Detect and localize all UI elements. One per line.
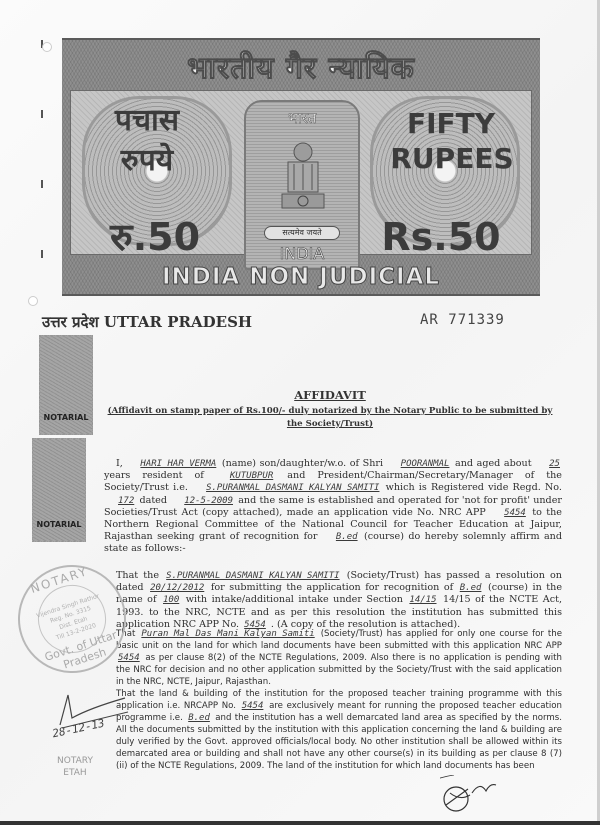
filled-resolution-date: 20/12/2012 [148,582,206,594]
text: with intake/additional intake under Sect… [186,594,403,605]
notary-place-line2: ETAH [50,767,100,779]
filled-society: Puran Mal Das Mani Kalyan Samiti [139,628,316,640]
punch-hole [42,42,52,52]
scanned-document-page: भारतीय गैर न्यायिक पचास रुपये रु.50 FIFT… [0,0,600,825]
text: and aged about [455,458,532,469]
text: and the institution has a well demarcate… [116,713,562,771]
deponent-signature-icon [440,775,500,815]
filled-regd-no: 172 [104,495,136,507]
notarial-stamp: NOTARIAL [32,438,86,542]
bharat-label: भारत [246,108,358,128]
stamp-title-hindi: भारतीय गैर न्यायिक [62,46,540,87]
denomination-english-1: FIFTY [396,110,506,138]
india-label: INDIA [246,244,358,263]
text: dated [139,495,167,506]
filled-app-no: 5454 [240,700,266,712]
text: which is Registered vide Regd. No. [386,482,562,493]
denomination-hindi-1: पचास [92,106,202,136]
amount-english: Rs.50 [366,218,516,256]
filled-section: 14/15 [407,594,438,606]
filled-society: S.PURANMAL DASMANI KALYAN SAMITI [164,570,341,582]
text: years resident of [104,470,204,481]
filled-app-no: 5454 [490,507,528,519]
filled-father-name: POORANMAL [387,458,452,470]
paragraph-2: That Puran Mal Das Mani Kalyan Samiti (S… [104,628,562,688]
emblem-panel: भारत सत्यमेव जयते INDIA [244,100,360,270]
paragraph-1: That the S.PURANMAL DASMANI KALYAN SAMIT… [104,570,562,631]
notary-place-stamp: NOTARY ETAH [50,755,100,779]
denomination-hindi-2: रुपये [92,146,202,176]
filled-regd-date: 12-5-2009 [170,495,235,507]
intro-paragraph: I, HARI HAR VERMA (name) son/daughter/w.… [104,458,562,556]
filled-name: HARI HAR VERMA [126,458,218,470]
perforation-mark [41,250,43,258]
stamp-title-english: INDIA NON JUDICIAL [62,264,540,290]
text: That the [116,570,159,581]
perforation-mark [41,180,43,188]
ashoka-emblem-icon [274,138,332,218]
notarial-label: NOTARIAL [33,520,85,529]
amount-hindi: रु.50 [90,218,220,256]
motto-label: सत्यमेव जयते [264,226,340,240]
scan-bottom-edge [0,821,600,825]
notarial-label: NOTARIAL [40,413,92,422]
document-subtitle: (Affidavit on stamp paper of Rs.100/- du… [100,405,560,431]
document-title: AFFIDAVIT [0,388,600,402]
text: for submitting the application for recog… [211,582,453,593]
text: I, [116,458,123,469]
filled-residence: KUTUBPUR [216,470,275,482]
denomination-english-2: RUPEES [390,145,514,173]
notarial-stamp: NOTARIAL [39,335,93,435]
non-judicial-stamp: भारतीय गैर न्यायिक पचास रुपये रु.50 FIFT… [62,38,540,296]
text: (name) son/daughter/w.o. of Shri [222,458,383,469]
state-name: उत्तर प्रदेश UTTAR PRADESH [42,312,252,332]
filled-intake: 100 [161,594,181,606]
punch-hole [28,296,38,306]
filled-course: B.ed [186,712,212,724]
paragraph-3: That the land & building of the institut… [104,688,562,772]
filled-course: B.ed [458,582,484,594]
serial-number: AR 771339 [420,312,505,328]
notary-place-line1: NOTARY [50,755,100,767]
filled-course: B.ed [322,531,360,543]
perforation-mark [41,110,43,118]
text: as per clause 8(2) of the NCTE Regulatio… [116,653,562,687]
filled-age: 25 [535,458,562,470]
filled-society: S.PURANMAL DASMANI KALYAN SAMITI [192,482,381,494]
